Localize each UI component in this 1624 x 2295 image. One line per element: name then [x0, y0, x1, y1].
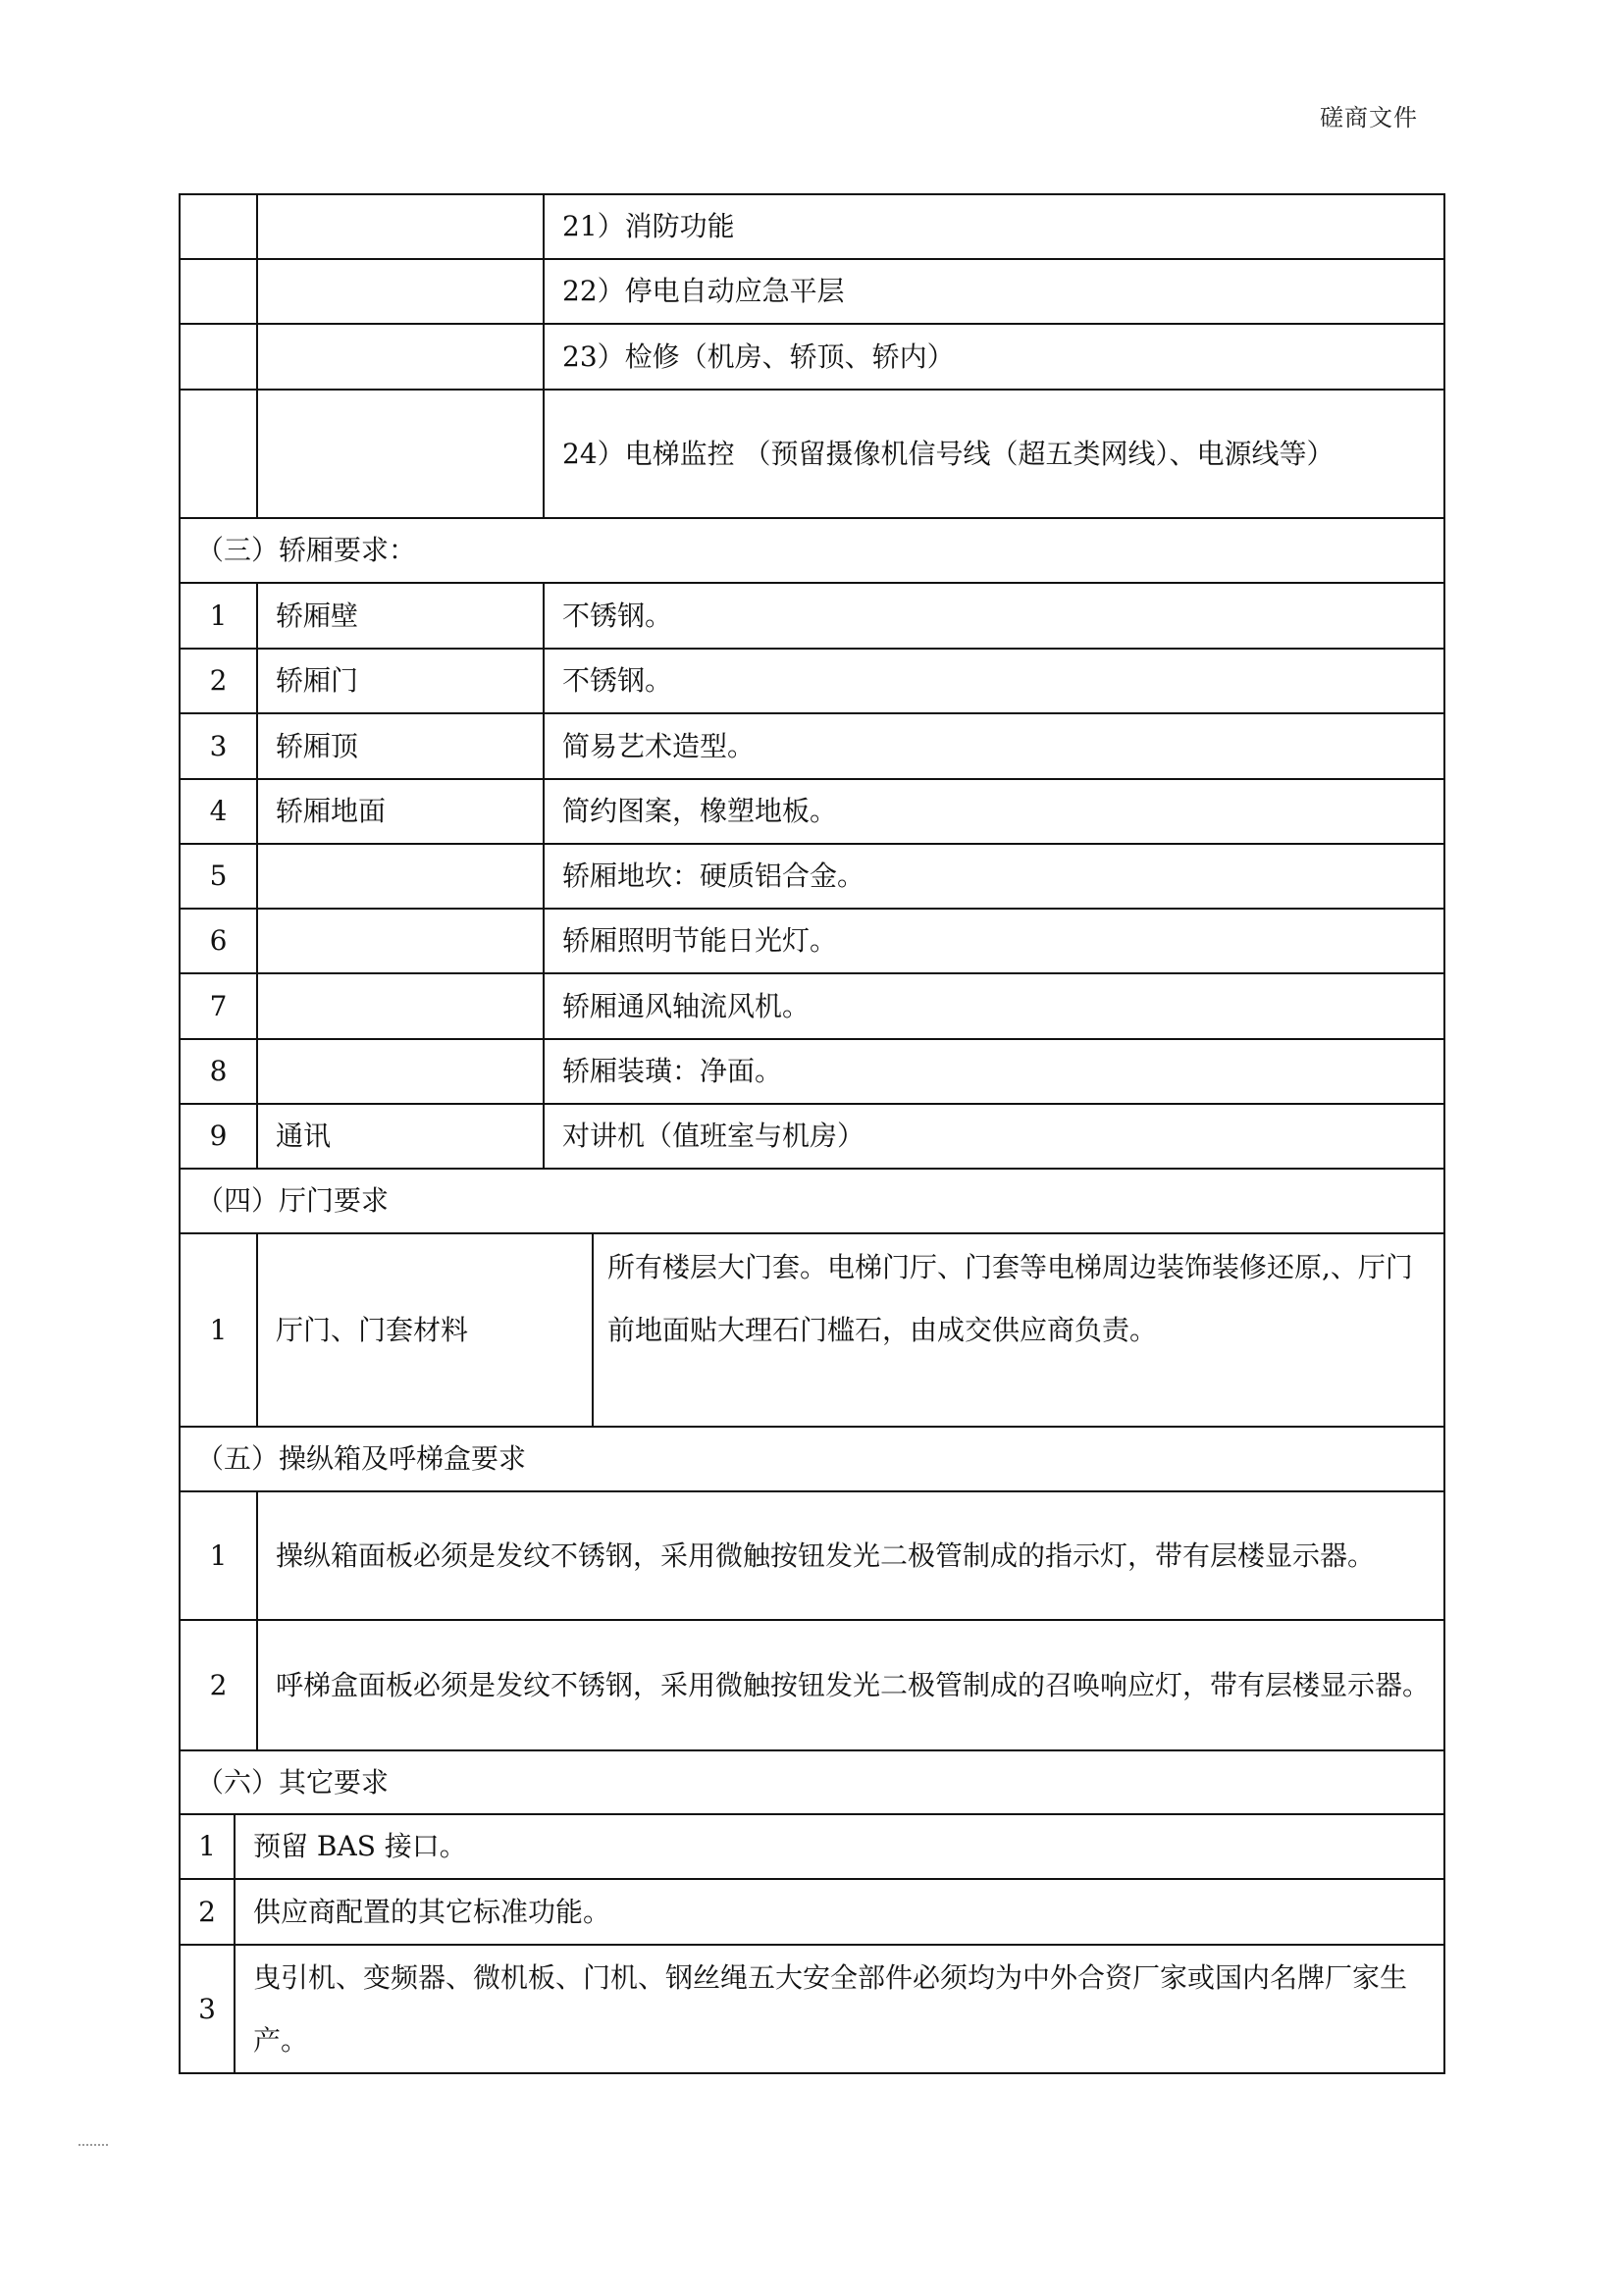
table-row: 23）检修（机房、轿顶、轿内） — [179, 323, 1445, 389]
item-cell — [256, 260, 543, 323]
section-title: （四）厅门要求 — [181, 1170, 398, 1232]
table-row: 1 厅门、门套材料 所有楼层大门套。电梯门厅、门套等电梯周边装饰装修还原,、厅门… — [179, 1232, 1445, 1426]
item-label: 轿厢顶 — [258, 715, 368, 778]
page-number-fragment — [79, 2144, 108, 2149]
spec-cell: 轿厢装璜：净面。 — [543, 1040, 1445, 1103]
spec-text: 轿厢通风轴流风机。 — [545, 975, 819, 1038]
section-title: （三）轿厢要求： — [181, 519, 426, 582]
number-cell: 2 — [179, 1621, 256, 1749]
number-cell — [179, 325, 256, 389]
spec-text: 不锈钢。 — [545, 585, 682, 648]
item-label: 轿厢壁 — [258, 585, 368, 648]
number-cell: 2 — [179, 1880, 234, 1944]
section-title: （六）其它要求 — [181, 1751, 398, 1814]
number-cell: 3 — [179, 1946, 234, 2072]
table-row: 1 预留 BAS 接口。 — [179, 1813, 1445, 1878]
spec-cell: 预留 BAS 接口。 — [234, 1815, 1445, 1878]
item-cell: 通讯 — [256, 1105, 543, 1168]
number-cell: 2 — [179, 650, 256, 712]
function-item: 22）停电自动应急平层 — [545, 260, 855, 323]
number-cell: 3 — [179, 714, 256, 778]
spec-text: 对讲机（值班室与机房） — [545, 1105, 874, 1168]
table-row: 2 呼梯盒面板必须是发纹不锈钢，采用微触按钮发光二极管制成的召唤响应灯，带有层楼… — [179, 1619, 1445, 1749]
number-cell: 5 — [179, 845, 256, 908]
number-cell: 1 — [179, 1815, 234, 1878]
number-cell — [179, 195, 256, 258]
section-header-cell: （六）其它要求 — [179, 1751, 1445, 1813]
item-cell — [256, 910, 543, 972]
section-header-cell: （四）厅门要求 — [179, 1170, 1445, 1232]
table-row: 1 轿厢壁 不锈钢。 — [179, 582, 1445, 648]
item-label: 厅门、门套材料 — [258, 1299, 478, 1362]
table-row: 21）消防功能 — [179, 193, 1445, 258]
spec-cell: 不锈钢。 — [543, 650, 1445, 712]
item-label: 轿厢门 — [258, 650, 368, 712]
number-cell: 4 — [179, 780, 256, 843]
section-header-row: （五）操纵箱及呼梯盒要求 — [179, 1426, 1445, 1490]
spec-text: 简易艺术造型。 — [545, 715, 764, 778]
spec-cell: 轿厢通风轴流风机。 — [543, 974, 1445, 1038]
document-header-label: 磋商文件 — [1320, 98, 1418, 132]
spec-text: 不锈钢。 — [545, 650, 682, 712]
spec-cell: 操纵箱面板必须是发纹不锈钢，采用微触按钮发光二极管制成的指示灯，带有层楼显示器。 — [256, 1492, 1445, 1619]
spec-cell: 所有楼层大门套。电梯门厅、门套等电梯周边装饰装修还原,、厅门前地面贴大理石门槛石… — [592, 1234, 1445, 1426]
number-cell: 8 — [179, 1040, 256, 1103]
spec-cell: 供应商配置的其它标准功能。 — [234, 1880, 1445, 1944]
spec-text: 供应商配置的其它标准功能。 — [236, 1881, 620, 1944]
spec-text: 曳引机、变频器、微机板、门机、钢丝绳五大安全部件必须均为中外合资厂家或国内名牌厂… — [236, 1947, 1443, 2072]
spec-cell: 轿厢地坎：硬质铝合金。 — [543, 845, 1445, 908]
item-cell: 轿厢门 — [256, 650, 543, 712]
spec-text: 预留 BAS 接口。 — [236, 1815, 477, 1878]
table-row: 8 轿厢装璜：净面。 — [179, 1038, 1445, 1103]
spec-text: 轿厢装璜：净面。 — [545, 1040, 792, 1103]
item-cell: 轿厢地面 — [256, 780, 543, 843]
spec-cell: 21）消防功能 — [543, 195, 1445, 258]
item-label: 通讯 — [258, 1105, 341, 1168]
item-cell: 厅门、门套材料 — [256, 1234, 592, 1426]
spec-cell: 对讲机（值班室与机房） — [543, 1105, 1445, 1168]
function-item: 21）消防功能 — [545, 195, 745, 258]
spec-text: 轿厢地坎：硬质铝合金。 — [545, 845, 874, 908]
item-cell — [256, 845, 543, 908]
spec-cell: 简约图案，橡塑地板。 — [543, 780, 1445, 843]
table-row: 2 供应商配置的其它标准功能。 — [179, 1878, 1445, 1944]
table-row: 4 轿厢地面 简约图案，橡塑地板。 — [179, 778, 1445, 843]
number-cell: 1 — [179, 584, 256, 648]
table-row: 1 操纵箱面板必须是发纹不锈钢，采用微触按钮发光二极管制成的指示灯，带有层楼显示… — [179, 1490, 1445, 1619]
section-title: （五）操纵箱及呼梯盒要求 — [181, 1428, 536, 1490]
item-cell — [256, 195, 543, 258]
spec-cell: 22）停电自动应急平层 — [543, 260, 1445, 323]
item-cell — [256, 391, 543, 517]
function-item: 24）电梯监控 （预留摄像机信号线（超五类网线）、电源线等） — [545, 423, 1344, 486]
number-cell: 9 — [179, 1105, 256, 1168]
spec-text: 呼梯盒面板必须是发纹不锈钢，采用微触按钮发光二极管制成的召唤响应灯，带有层楼显示… — [258, 1654, 1440, 1717]
spec-cell: 简易艺术造型。 — [543, 714, 1445, 778]
table-row: 3 轿厢顶 简易艺术造型。 — [179, 712, 1445, 778]
table-row: 24）电梯监控 （预留摄像机信号线（超五类网线）、电源线等） — [179, 389, 1445, 517]
number-cell: 7 — [179, 974, 256, 1038]
number-cell: 1 — [179, 1492, 256, 1619]
spec-cell: 呼梯盒面板必须是发纹不锈钢，采用微触按钮发光二极管制成的召唤响应灯，带有层楼显示… — [256, 1621, 1445, 1749]
section-header-row: （三）轿厢要求： — [179, 517, 1445, 582]
spec-cell: 23）检修（机房、轿顶、轿内） — [543, 325, 1445, 389]
spec-text: 所有楼层大门套。电梯门厅、门套等电梯周边装饰装修还原,、厅门前地面贴大理石门槛石… — [594, 1234, 1443, 1362]
table-row: 5 轿厢地坎：硬质铝合金。 — [179, 843, 1445, 908]
spec-cell: 曳引机、变频器、微机板、门机、钢丝绳五大安全部件必须均为中外合资厂家或国内名牌厂… — [234, 1946, 1445, 2072]
table-row: 22）停电自动应急平层 — [179, 258, 1445, 323]
number-cell: 6 — [179, 910, 256, 972]
item-cell — [256, 974, 543, 1038]
section-header-cell: （三）轿厢要求： — [179, 519, 1445, 582]
spec-text: 简约图案，橡塑地板。 — [545, 780, 847, 843]
table-row: 9 通讯 对讲机（值班室与机房） — [179, 1103, 1445, 1168]
section-header-row: （六）其它要求 — [179, 1749, 1445, 1813]
table-row: 2 轿厢门 不锈钢。 — [179, 648, 1445, 712]
function-item: 23）检修（机房、轿顶、轿内） — [545, 326, 965, 389]
spec-cell: 不锈钢。 — [543, 584, 1445, 648]
number-cell — [179, 391, 256, 517]
section-header-row: （四）厅门要求 — [179, 1168, 1445, 1232]
item-cell — [256, 325, 543, 389]
table-row: 7 轿厢通风轴流风机。 — [179, 972, 1445, 1038]
number-cell — [179, 260, 256, 323]
item-cell: 轿厢顶 — [256, 714, 543, 778]
spec-cell: 轿厢照明节能日光灯。 — [543, 910, 1445, 972]
spec-cell: 24）电梯监控 （预留摄像机信号线（超五类网线）、电源线等） — [543, 391, 1445, 517]
item-label: 轿厢地面 — [258, 780, 395, 843]
number-cell: 1 — [179, 1234, 256, 1426]
table-row: 3 曳引机、变频器、微机板、门机、钢丝绳五大安全部件必须均为中外合资厂家或国内名… — [179, 1944, 1445, 2074]
table-row: 6 轿厢照明节能日光灯。 — [179, 908, 1445, 972]
spec-text: 轿厢照明节能日光灯。 — [545, 910, 847, 972]
item-cell — [256, 1040, 543, 1103]
section-header-cell: （五）操纵箱及呼梯盒要求 — [179, 1428, 1445, 1490]
item-cell: 轿厢壁 — [256, 584, 543, 648]
spec-text: 操纵箱面板必须是发纹不锈钢，采用微触按钮发光二极管制成的指示灯，带有层楼显示器。 — [258, 1525, 1385, 1588]
